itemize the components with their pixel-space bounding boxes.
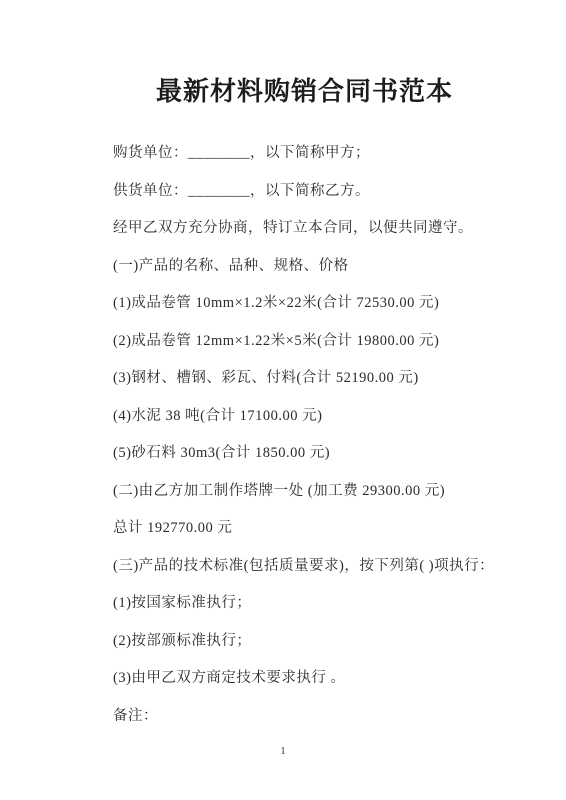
section-2-line: (二)由乙方加工制作塔牌一处 (加工费 29300.00 元) bbox=[113, 483, 526, 499]
intro-line: 经甲乙双方充分协商，特订立本合同，以便共同遵守。 bbox=[113, 220, 526, 236]
product-item-3: (3)钢材、槽钢、彩瓦、付料(合计 52190.00 元) bbox=[113, 370, 526, 386]
document-title: 最新材料购销合同书范本 bbox=[113, 76, 496, 106]
section-3-heading: (三)产品的技术标准(包括质量要求)，按下列第( )项执行： bbox=[113, 558, 526, 574]
contract-document-page: 最新材料购销合同书范本 购货单位：________，以下简称甲方； 供货单位：_… bbox=[0, 0, 566, 800]
product-item-5: (5)砂石料 30m3(合计 1850.00 元) bbox=[113, 445, 526, 461]
page-number: 1 bbox=[113, 745, 453, 757]
buyer-unit-line: 购货单位：________，以下简称甲方； bbox=[113, 145, 526, 161]
standard-option-2: (2)按部颁标准执行； bbox=[113, 633, 526, 649]
product-item-1: (1)成品卷管 10mm×1.2米×22米(合计 72530.00 元) bbox=[113, 295, 526, 311]
standard-option-1: (1)按国家标准执行； bbox=[113, 595, 526, 611]
section-1-heading: (一)产品的名称、品种、规格、价格 bbox=[113, 258, 526, 274]
product-item-2: (2)成品卷管 12mm×1.22米×5米(合计 19800.00 元) bbox=[113, 333, 526, 349]
standard-option-3: (3)由甲乙双方商定技术要求执行 。 bbox=[113, 670, 526, 686]
seller-unit-line: 供货单位：________，以下简称乙方。 bbox=[113, 183, 526, 199]
total-amount-line: 总计 192770.00 元 bbox=[113, 520, 526, 536]
product-item-4: (4)水泥 38 吨(合计 17100.00 元) bbox=[113, 408, 526, 424]
remarks-label: 备注： bbox=[113, 708, 526, 724]
